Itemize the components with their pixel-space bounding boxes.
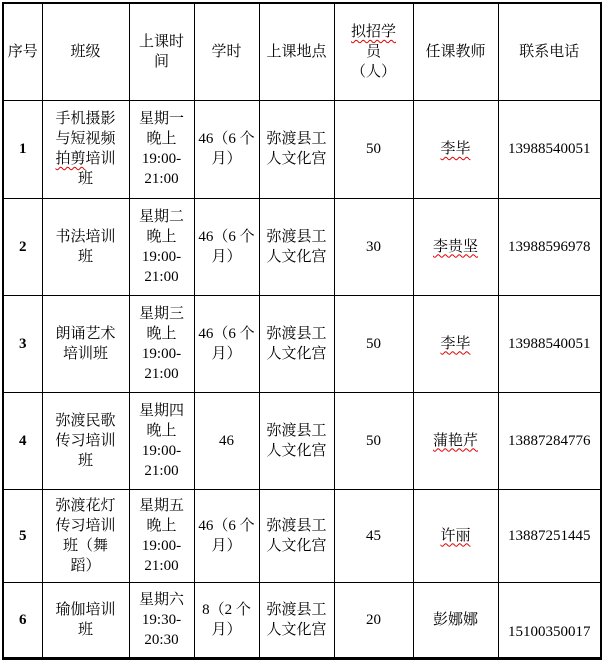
- cell-no: 2: [3, 198, 42, 295]
- cell-teacher: 彭娜娜: [413, 582, 498, 658]
- cell-hours: 46（6 个 月）: [194, 295, 259, 392]
- cell-class: 瑜伽培训 班: [42, 582, 129, 658]
- plain-text: 上课时 间: [139, 34, 184, 70]
- cell-phone: 13988540051: [498, 295, 601, 392]
- cell-students: 50: [334, 295, 413, 392]
- table-row: 6瑜伽培训 班星期六 19:30- 20:308（2 个 月）弥渡县工 人文化宫…: [3, 582, 601, 658]
- cell-no: 5: [3, 489, 42, 582]
- plain-text: 联系电话: [519, 44, 579, 60]
- plain-text: 弥渡花灯 传习培训 班（舞 蹈）: [55, 498, 115, 574]
- table-row: 3朗诵艺术 培训班星期三 晚上 19:00- 21:0046（6 个 月）弥渡县…: [3, 295, 601, 392]
- cell-time: 星期二 晚上 19:00- 21:00: [129, 198, 194, 295]
- cell-phone: 13988596978: [498, 198, 601, 295]
- cell-phone: 15100350017: [498, 582, 601, 658]
- squiggle-text: 拍剪: [55, 151, 85, 167]
- squiggle-text: 蒲艳芹: [433, 433, 478, 449]
- col-header-location: 上课地点: [259, 3, 334, 100]
- cell-hours: 46（6 个 月）: [194, 198, 259, 295]
- squiggle-text: 许丽: [440, 528, 470, 544]
- cell-no: 6: [3, 582, 42, 658]
- col-header-phone: 联系电话: [498, 3, 601, 100]
- table-row: 5弥渡花灯 传习培训 班（舞 蹈）星期五 晚上 19:00- 21:0046（6…: [3, 489, 601, 582]
- plain-text: 彭娜娜: [433, 612, 478, 628]
- cell-time: 星期三 晚上 19:00- 21:00: [129, 295, 194, 392]
- cell-hours: 46（6 个 月）: [194, 489, 259, 582]
- cell-students: 20: [334, 582, 413, 658]
- col-header-time: 上课时 间: [129, 3, 194, 100]
- cell-phone: 13887251445: [498, 489, 601, 582]
- cell-no: 4: [3, 392, 42, 489]
- col-header-teacher: 任课教师: [413, 3, 498, 100]
- cell-no: 3: [3, 295, 42, 392]
- plain-text: 学时: [211, 44, 241, 60]
- cell-class: 弥渡民歌 传习培训 班: [42, 392, 129, 489]
- cell-students: 50: [334, 100, 413, 198]
- col-header-hours: 学时: [194, 3, 259, 100]
- cell-teacher: 李贵坚: [413, 198, 498, 295]
- cell-no: 1: [3, 100, 42, 198]
- cell-students: 50: [334, 392, 413, 489]
- plain-text: 序号: [8, 44, 38, 60]
- cell-location: 弥渡县工 人文化宫: [259, 295, 334, 392]
- cell-students: 30: [334, 198, 413, 295]
- cell-location: 弥渡县工 人文化宫: [259, 489, 334, 582]
- cell-teacher: 李毕: [413, 100, 498, 198]
- plain-text: 手机摄影 与短视频: [55, 111, 115, 147]
- plain-text: 瑜伽培训 班: [55, 602, 115, 638]
- cell-time: 星期四 晚上 19:00- 21:00: [129, 392, 194, 489]
- plain-text: 任课教师: [425, 44, 485, 60]
- plain-text: 员 （人）: [351, 44, 396, 80]
- cell-hours: 8（2 个 月）: [194, 582, 259, 658]
- cell-class: 书法培训 班: [42, 198, 129, 295]
- squiggle-text: 李毕: [440, 141, 470, 157]
- cell-class: 手机摄影 与短视频 拍剪培训 班: [42, 100, 129, 198]
- plain-text: 弥渡民歌 传习培训 班: [55, 413, 115, 469]
- cell-class: 朗诵艺术 培训班: [42, 295, 129, 392]
- cell-hours: 46: [194, 392, 259, 489]
- cell-teacher: 许丽: [413, 489, 498, 582]
- table-row: 4弥渡民歌 传习培训 班星期四 晚上 19:00- 21:0046弥渡县工 人文…: [3, 392, 601, 489]
- document-page: 序号班级上课时 间学时上课地点拟招学 员 （人）任课教师联系电话 1手机摄影 与…: [0, 0, 604, 669]
- table-header: 序号班级上课时 间学时上课地点拟招学 员 （人）任课教师联系电话: [3, 3, 601, 100]
- squiggle-text: 李毕: [440, 336, 470, 352]
- clipped-phone-text: 15100350017: [501, 625, 599, 636]
- cell-students: 45: [334, 489, 413, 582]
- table-body: 1手机摄影 与短视频 拍剪培训 班星期一 晚上 19:00- 21:0046（6…: [3, 100, 601, 658]
- cell-location: 弥渡县工 人文化宫: [259, 392, 334, 489]
- squiggle-text: 拟招学: [351, 24, 396, 40]
- cell-time: 星期六 19:30- 20:30: [129, 582, 194, 658]
- cell-location: 弥渡县工 人文化宫: [259, 582, 334, 658]
- cell-teacher: 李毕: [413, 295, 498, 392]
- cell-class: 弥渡花灯 传习培训 班（舞 蹈）: [42, 489, 129, 582]
- header-row: 序号班级上课时 间学时上课地点拟招学 员 （人）任课教师联系电话: [3, 3, 601, 100]
- cell-phone: 13988540051: [498, 100, 601, 198]
- plain-text: 朗诵艺术 培训班: [55, 326, 115, 362]
- cell-location: 弥渡县工 人文化宫: [259, 100, 334, 198]
- squiggle-text: 李贵坚: [433, 239, 478, 255]
- table-row: 1手机摄影 与短视频 拍剪培训 班星期一 晚上 19:00- 21:0046（6…: [3, 100, 601, 198]
- col-header-students: 拟招学 员 （人）: [334, 3, 413, 100]
- cell-location: 弥渡县工 人文化宫: [259, 198, 334, 295]
- cell-phone: 13887284776: [498, 392, 601, 489]
- plain-text: 班级: [70, 44, 100, 60]
- cell-hours: 46（6 个 月）: [194, 100, 259, 198]
- plain-text: 书法培训 班: [55, 229, 115, 265]
- cell-time: 星期五 晚上 19:00- 21:00: [129, 489, 194, 582]
- plain-text: 上课地点: [266, 44, 326, 60]
- cell-time: 星期一 晚上 19:00- 21:00: [129, 100, 194, 198]
- col-header-class: 班级: [42, 3, 129, 100]
- training-schedule-table: 序号班级上课时 间学时上课地点拟招学 员 （人）任课教师联系电话 1手机摄影 与…: [2, 2, 602, 660]
- cell-teacher: 蒲艳芹: [413, 392, 498, 489]
- col-header-no: 序号: [3, 3, 42, 100]
- table-row: 2书法培训 班星期二 晚上 19:00- 21:0046（6 个 月）弥渡县工 …: [3, 198, 601, 295]
